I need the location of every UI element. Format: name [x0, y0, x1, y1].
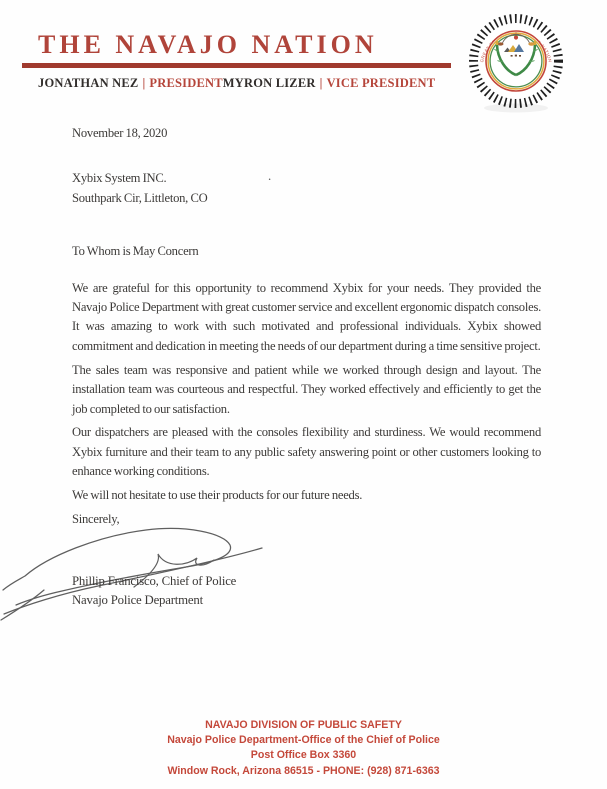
paragraph-2: The sales team was responsive and patien…: [72, 361, 541, 419]
letter-body: November 18, 2020 Xybix System INC. Sout…: [72, 124, 541, 530]
officials-row: JONATHAN NEZ|PRESIDENT MYRON LIZER|VICE …: [38, 76, 432, 91]
president-name: JONATHAN NEZ: [38, 76, 138, 90]
vice-president-role: VICE PRESIDENT: [327, 76, 436, 90]
signer-organization: Navajo Police Department: [72, 591, 236, 610]
footer-po-box: Post Office Box 3360: [0, 748, 607, 763]
recipient-address: Xybix System INC. Southpark Cir, Littlet…: [72, 169, 541, 208]
navajo-nation-seal-icon: GREAT SEAL OF THE NAVAJO NATION: [466, 11, 566, 115]
footer-division: NAVAJO DIVISION OF PUBLIC SAFETY: [0, 718, 607, 733]
footer-office: Navajo Police Department-Office of the C…: [0, 733, 607, 748]
official-vice-president: MYRON LIZER|VICE PRESIDENT: [223, 76, 436, 91]
letter-page: THE NAVAJO NATION JONATHAN NEZ|PRESIDENT…: [0, 0, 607, 789]
signer-block: Phillip Francisco, Chief of Police Navaj…: [72, 572, 236, 609]
paragraph-1: We are grateful for this opportunity to …: [72, 279, 541, 357]
salutation: To Whom is May Concern: [72, 242, 541, 261]
footer-block: NAVAJO DIVISION OF PUBLIC SAFETY Navajo …: [0, 718, 607, 779]
paragraph-4: We will not hesitate to use their produc…: [72, 486, 541, 505]
paragraph-3: Our dispatchers are pleased with the con…: [72, 423, 541, 481]
recipient-location: Southpark Cir, Littleton, CO: [72, 189, 541, 208]
official-president: JONATHAN NEZ|PRESIDENT: [38, 76, 223, 91]
vice-president-name: MYRON LIZER: [223, 76, 316, 90]
footer-address-phone: Window Rock, Arizona 86515 - PHONE: (928…: [0, 764, 607, 779]
letter-date: November 18, 2020: [72, 124, 541, 143]
president-role: PRESIDENT: [149, 76, 222, 90]
pipe-separator: |: [138, 76, 149, 90]
page-title: THE NAVAJO NATION: [38, 30, 378, 60]
signer-name: Phillip Francisco, Chief of Police: [72, 572, 236, 591]
recipient-name: Xybix System INC.: [72, 169, 541, 188]
stray-scan-mark: .: [268, 168, 271, 184]
pipe-separator: |: [316, 76, 327, 90]
header-divider-bar: [22, 63, 451, 68]
